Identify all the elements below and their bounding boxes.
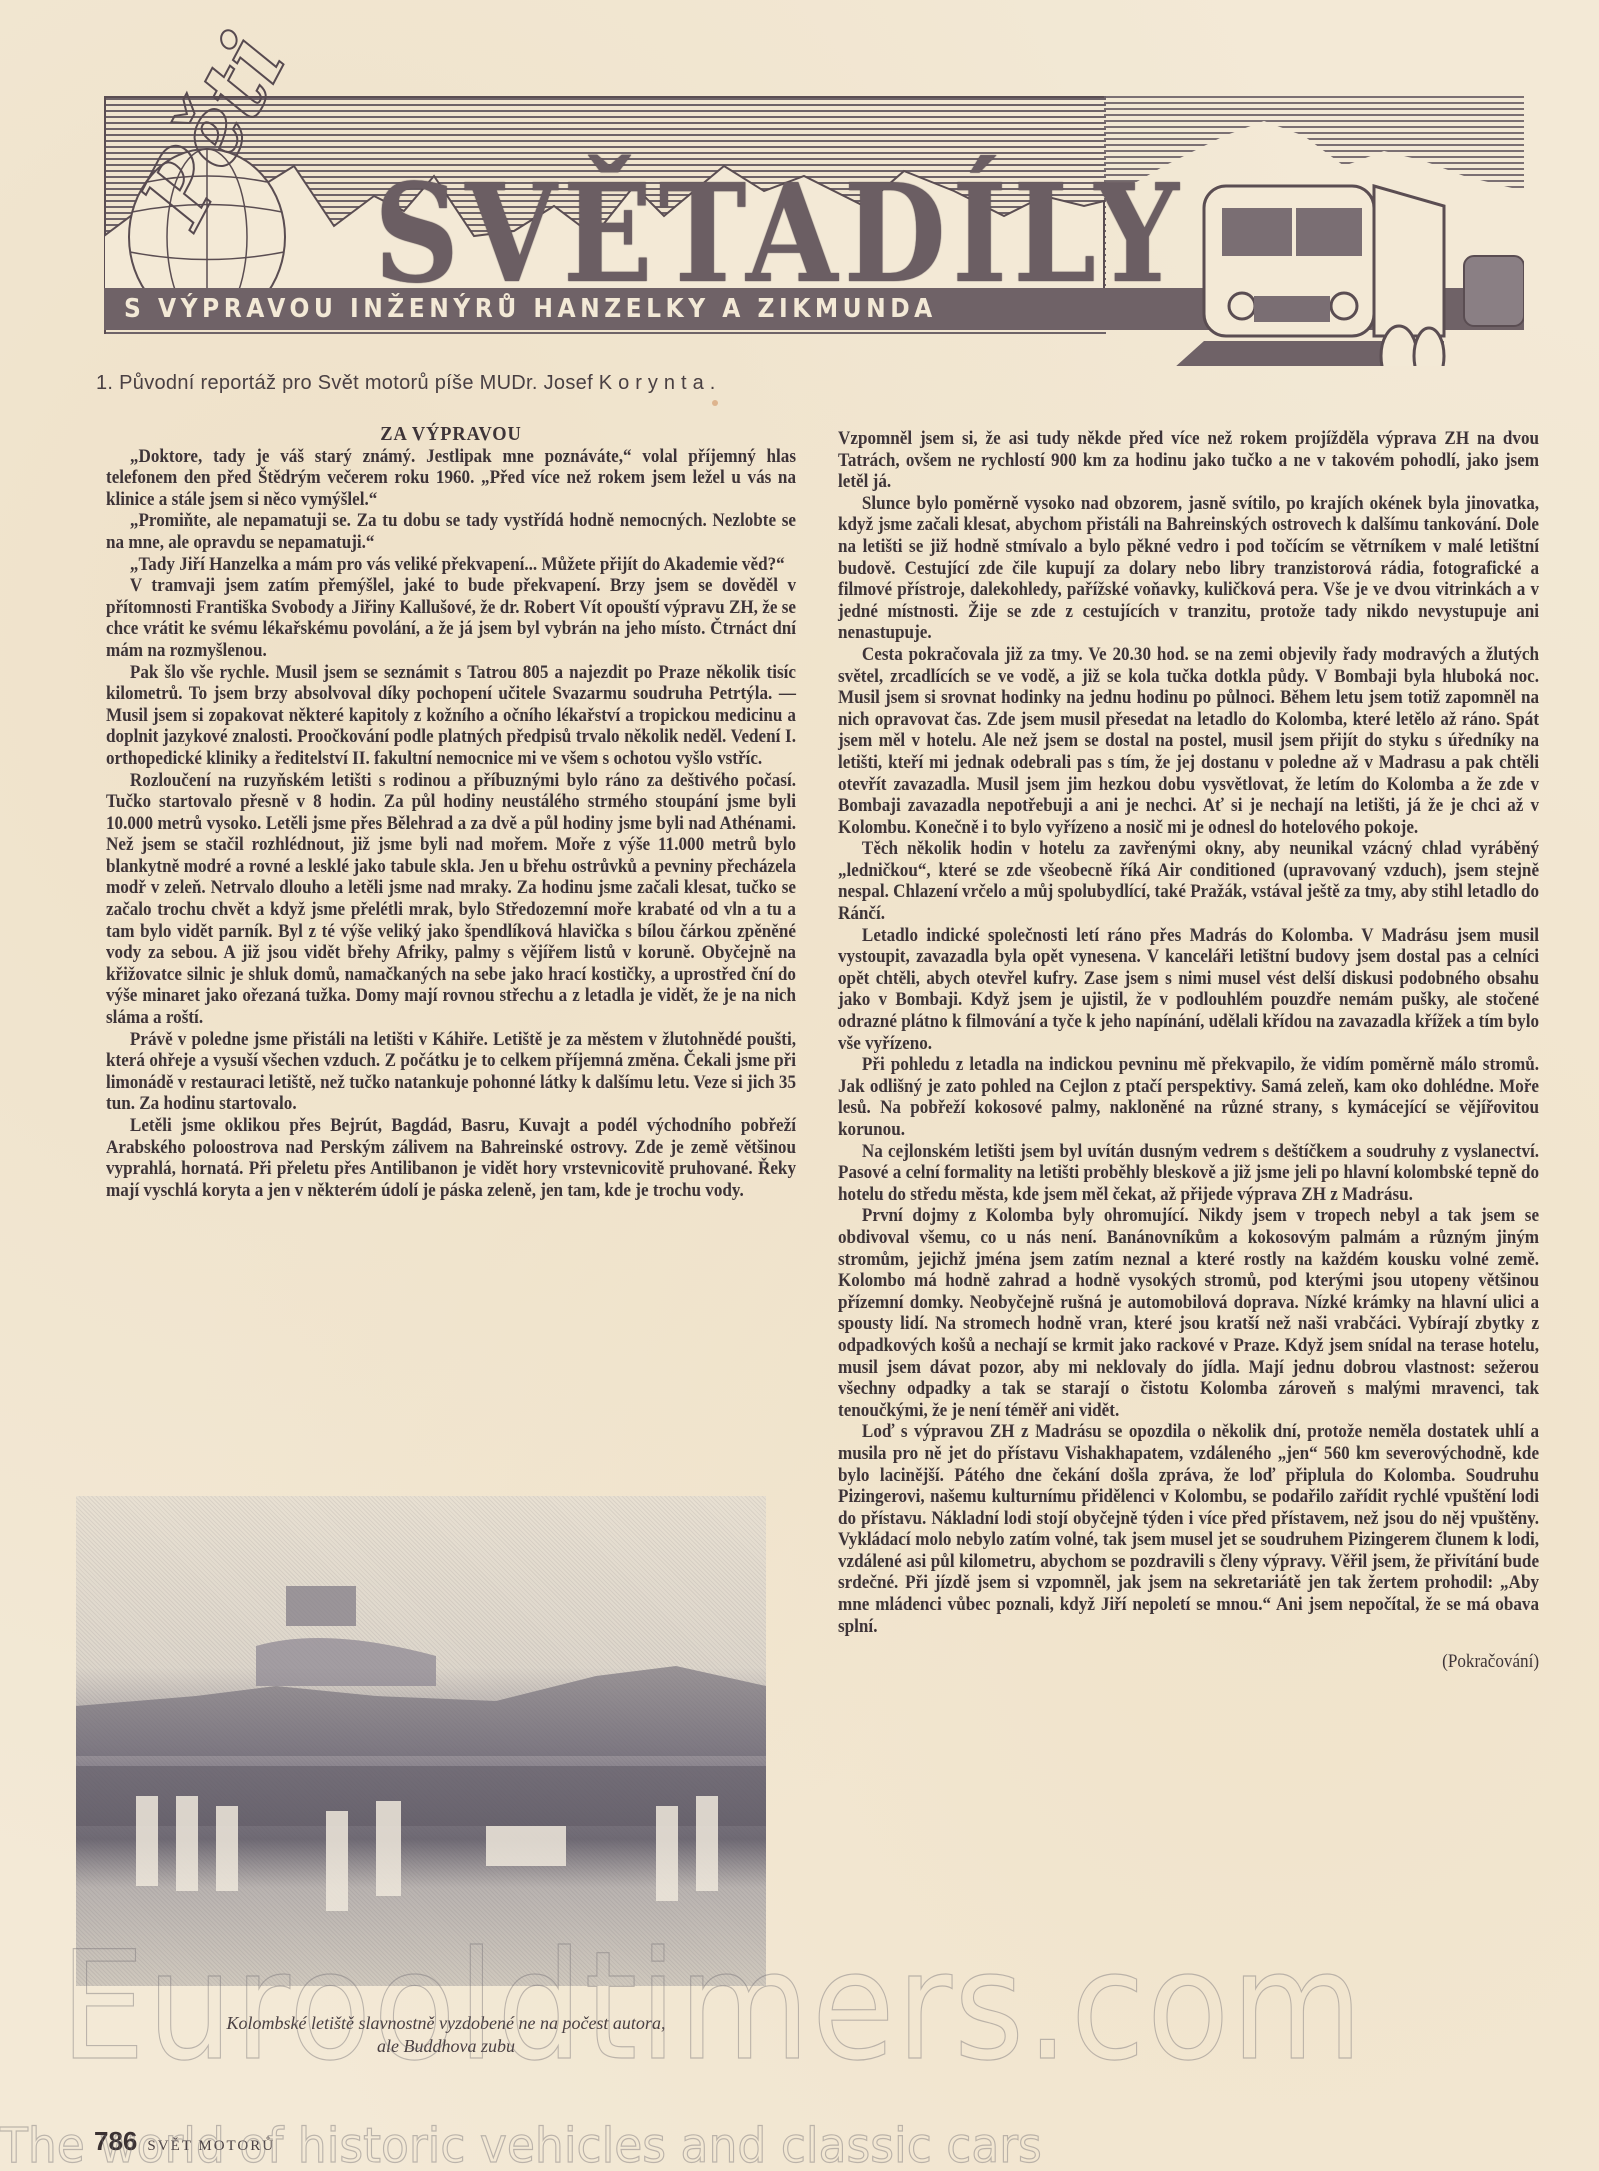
paragraph: Vzpomněl jsem si, že asi tudy někde před… xyxy=(838,428,1539,493)
page-footer: 786 SVĚT MOTORŮ xyxy=(94,2126,275,2157)
paragraph: Těch několik hodin v hotelu za zavřenými… xyxy=(838,838,1539,924)
paragraph: Letěli jsme oklikou přes Bejrút, Bagdád,… xyxy=(106,1115,796,1201)
paragraph: Pak šlo vše rychle. Musil jsem se seznám… xyxy=(106,662,796,770)
section-heading: ZA VÝPRAVOU xyxy=(106,424,796,446)
paragraph: Slunce bylo poměrně vysoko nad obzorem, … xyxy=(838,493,1539,644)
masthead-subtitle: S VÝPRAVOU INŽENÝRŮ HANZELKY A ZIKMUNDA xyxy=(124,294,937,324)
article-left-column: ZA VÝPRAVOU „Doktore, tady je váš starý … xyxy=(106,424,796,1201)
photo-caption-line-1: Kolombské letiště slavnostně vyzdobené n… xyxy=(96,2012,796,2035)
paragraph: Cesta pokračovala již za tmy. Ve 20.30 h… xyxy=(838,644,1539,838)
paragraph: Právě v poledne jsme přistáli na letišti… xyxy=(106,1029,796,1115)
ink-stain xyxy=(712,400,718,406)
masthead: Pěti SVĚTADÍLY S VÝPRAVOU INŽENÝRŮ HANZE… xyxy=(104,96,1524,356)
paragraph: Loď s výpravou ZH z Madrásu se opozdila … xyxy=(838,1421,1539,1637)
article-byline: 1. Původní reportáž pro Svět motorů píše… xyxy=(96,372,716,395)
paragraph: „Doktore, tady je váš starý známý. Jestl… xyxy=(106,446,796,511)
page-number: 786 xyxy=(94,2126,137,2156)
paragraph: V tramvaji jsem zatím přemýšlel, jaké to… xyxy=(106,575,796,661)
article-right-column: Vzpomněl jsem si, že asi tudy někde před… xyxy=(838,428,1539,1673)
byline-suffix: . xyxy=(710,372,716,394)
photo-caption: Kolombské letiště slavnostně vyzdobené n… xyxy=(96,2012,796,2058)
paragraph: „Tady Jiří Hanzelka a mám pro vás veliké… xyxy=(106,554,796,576)
photo-caption-line-2: ale Buddhova zubu xyxy=(96,2035,796,2058)
author-surname: Korynta xyxy=(599,372,710,394)
continued-label: (Pokračování) xyxy=(838,1651,1539,1673)
airport-photo xyxy=(76,1496,766,1986)
magazine-name: SVĚT MOTORŮ xyxy=(147,2138,275,2154)
paragraph: Rozloučení na ruzyňském letišti s rodino… xyxy=(106,770,796,1029)
airport-building-illustration xyxy=(76,1496,766,1986)
paragraph: „Promiňte, ale nepamatuji se. Za tu dobu… xyxy=(106,510,796,553)
paragraph: Při pohledu z letadla na indickou pevnin… xyxy=(838,1054,1539,1140)
paragraph: Na cejlonském letišti jsem byl uvítán du… xyxy=(838,1141,1539,1206)
paragraph: První dojmy z Kolomba byly ohromující. N… xyxy=(838,1205,1539,1421)
masthead-title: SVĚTADÍLY xyxy=(374,166,1185,302)
byline-text: 1. Původní reportáž pro Svět motorů píše… xyxy=(96,372,599,394)
tatra-truck-illustration xyxy=(1144,146,1524,366)
paragraph: Letadlo indické společnosti letí ráno př… xyxy=(838,925,1539,1055)
